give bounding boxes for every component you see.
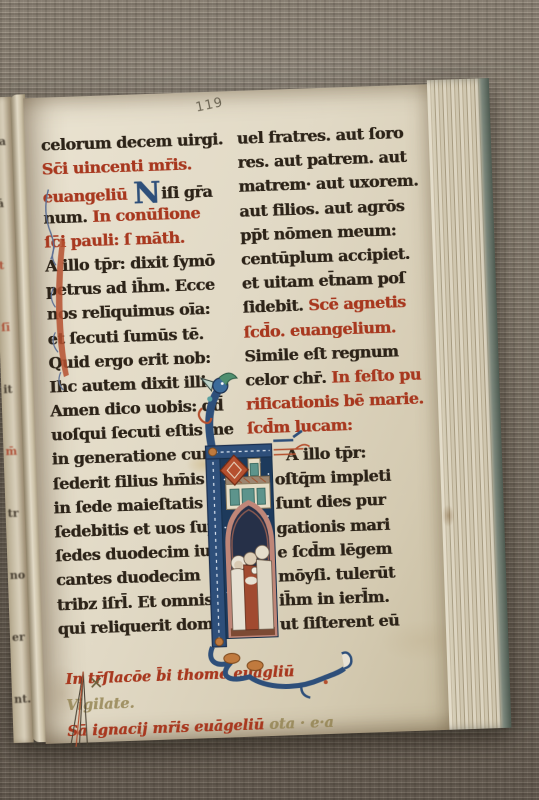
historiated-initial-P xyxy=(195,363,357,720)
text-segment: N xyxy=(133,176,161,212)
folio-number: 119 xyxy=(194,95,224,115)
text-segment: ſcd̄o. euangelium. xyxy=(243,317,396,341)
facing-text-fragment: no xyxy=(10,568,27,582)
tail-flourish xyxy=(210,642,352,701)
facing-text-fragment: ſī xyxy=(1,321,18,335)
text-segment: ſidebit. xyxy=(242,296,308,317)
red-pen-stroke xyxy=(54,239,70,377)
text-segment: aut filios. aut agrōs xyxy=(239,196,405,221)
facing-text-fragment: ia xyxy=(0,135,12,149)
text-segment: pp̄t nōmen meum: xyxy=(240,220,397,244)
facing-text-fragment: er xyxy=(12,630,29,644)
text-segment: centūplum accipiet. xyxy=(241,244,410,269)
facing-text-fragment: tr xyxy=(7,507,24,521)
margin-pen-lines xyxy=(65,671,103,748)
presentation-scene xyxy=(226,502,275,636)
facing-text-fragment: it xyxy=(3,383,20,397)
text-segment: matrem· aut uxorem. xyxy=(238,171,418,196)
manuscript-photograph: { "folio_number": "119", "palette": { "i… xyxy=(0,0,539,800)
blue-pen-flourish xyxy=(45,189,54,259)
text-segment: uel fratres. aut ſoro xyxy=(236,123,403,148)
x-mark xyxy=(91,678,100,687)
manuscript-page: 119 celorum decem uirgi.Sc̄i uincenti mr… xyxy=(23,84,449,744)
text-segment: res. aut patrem. aut xyxy=(237,147,406,172)
facing-text-fragment: ā xyxy=(0,197,14,211)
text-segment: et uitam et̄nam poſ xyxy=(241,268,404,293)
blue-connector xyxy=(273,431,302,441)
red-flourish xyxy=(273,444,309,454)
facing-text-fragment: nt. xyxy=(14,692,31,706)
facing-text-fragment: m̄ xyxy=(5,445,22,459)
text-segment: Simile eſt regnum xyxy=(244,341,399,365)
dragon-head-flourish xyxy=(197,373,239,457)
text-segment: Scē agnetis xyxy=(308,292,406,314)
manuscript-book: iaātſīitm̄trnoernt. 119 celorum decem ui… xyxy=(0,57,539,751)
text-segment: iſi gr̄a xyxy=(161,182,213,203)
facing-text-fragment: t xyxy=(0,259,16,273)
